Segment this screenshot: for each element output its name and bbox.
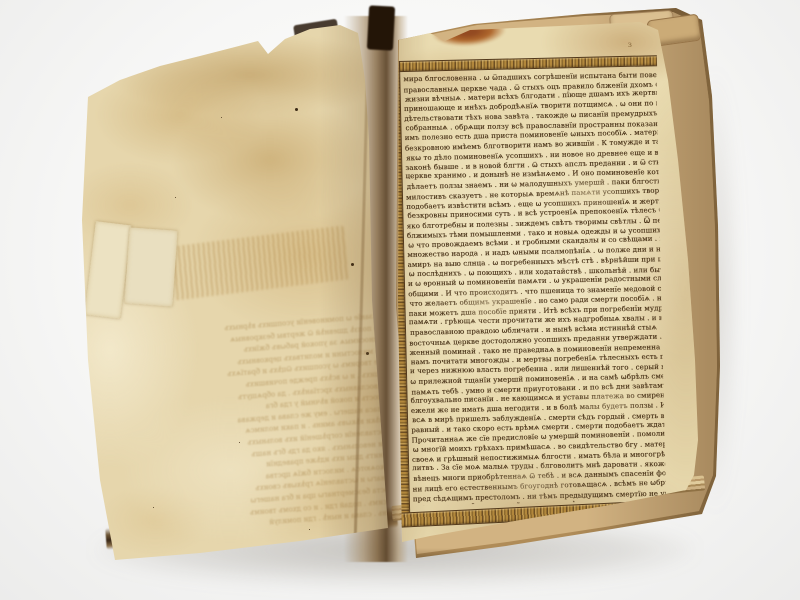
ink-specks: [70, 20, 73, 23]
manuscript-text-block: мира блгословенна . ѡ ѿпадшихъ согрѣшенї…: [403, 70, 666, 506]
gutter-head-dark: [367, 5, 395, 50]
left-page: сказанїе ѡ поминовенїи усопшихъ вѣрныхъи…: [70, 20, 400, 570]
right-page: з мира блгословенна . ѡ ѿпадшихъ согрѣше…: [386, 14, 716, 559]
ornamental-border-top: [396, 55, 657, 72]
quire-signature-mark: з: [627, 40, 632, 49]
repair-patch: [124, 227, 177, 306]
photo-scene: сказанїе ѡ поминовенїи усопшихъ вѣрныхъи…: [0, 0, 800, 600]
